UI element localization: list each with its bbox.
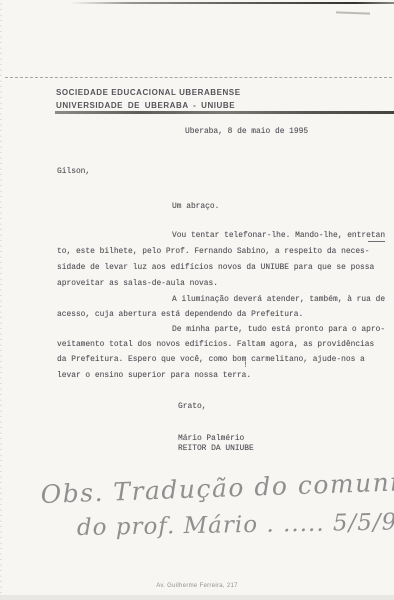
- body-line: De minha parte, tudo está pronto para o …: [172, 325, 385, 335]
- handwritten-note-line2: do prof. Mário . ..... 5/5/95: [77, 509, 394, 541]
- body-line: Vou tentar telefonar-lhe. Mando-lhe, ent…: [172, 231, 385, 241]
- handwritten-note: Obs. Tradução do comunicado do prof. Már…: [25, 465, 394, 557]
- letterhead-university-name: UNIVERSIDADE DE UBERABA - UNIUBE: [56, 101, 235, 110]
- body-line: acesso, cuja abertura está dependendo da…: [57, 310, 303, 320]
- scan-edge-line: [70, 2, 394, 4]
- body-line: A iluminação deverá atender, também, à r…: [172, 295, 385, 305]
- perforation-dotted-line: [5, 77, 392, 78]
- closing: Grato,: [178, 402, 206, 412]
- dateline: Uberaba, 8 de maio de 1995: [185, 127, 308, 137]
- letterhead-org-name: SOCIEDADE EDUCACIONAL UBERABENSE: [56, 88, 241, 97]
- signature-name: Mário Palmério: [178, 434, 244, 444]
- body-line: da Prefeitura. Espero que você, como bom…: [57, 355, 365, 365]
- scan-bottom-shadow: [0, 595, 394, 600]
- scan-mark: [336, 11, 370, 14]
- footer-address: Av. Guilherme Ferreira, 217: [0, 583, 394, 589]
- body-line: to, este bilhete, pelo Prof. Fernando Sa…: [57, 247, 370, 257]
- salutation: Gilson,: [57, 167, 90, 177]
- body-line: sidade de levar luz aos edifícios novos …: [57, 263, 374, 273]
- body-line: aproveitar as salas-de-aula novas.: [57, 279, 218, 289]
- spiral-binding-marks: C C C C C C C C C C C C C C C C C C C C …: [0, 3, 12, 600]
- signature-title: REITOR DA UNIUBE: [178, 444, 254, 454]
- typed-hyphenation-mark: [368, 241, 385, 242]
- body-line: veitamento total dos novos edifícios. Fa…: [57, 340, 374, 350]
- handwritten-note-line1: Obs. Tradução do comunicado: [40, 465, 394, 509]
- body-line: levar o ensino superior para nossa terra…: [57, 371, 251, 381]
- greeting-line: Um abraço.: [172, 202, 219, 212]
- typed-correction-mark: !: [243, 361, 248, 370]
- scanned-letter-page: C C C C C C C C C C C C C C C C C C C C …: [0, 0, 394, 600]
- letterhead-rule: [55, 111, 394, 114]
